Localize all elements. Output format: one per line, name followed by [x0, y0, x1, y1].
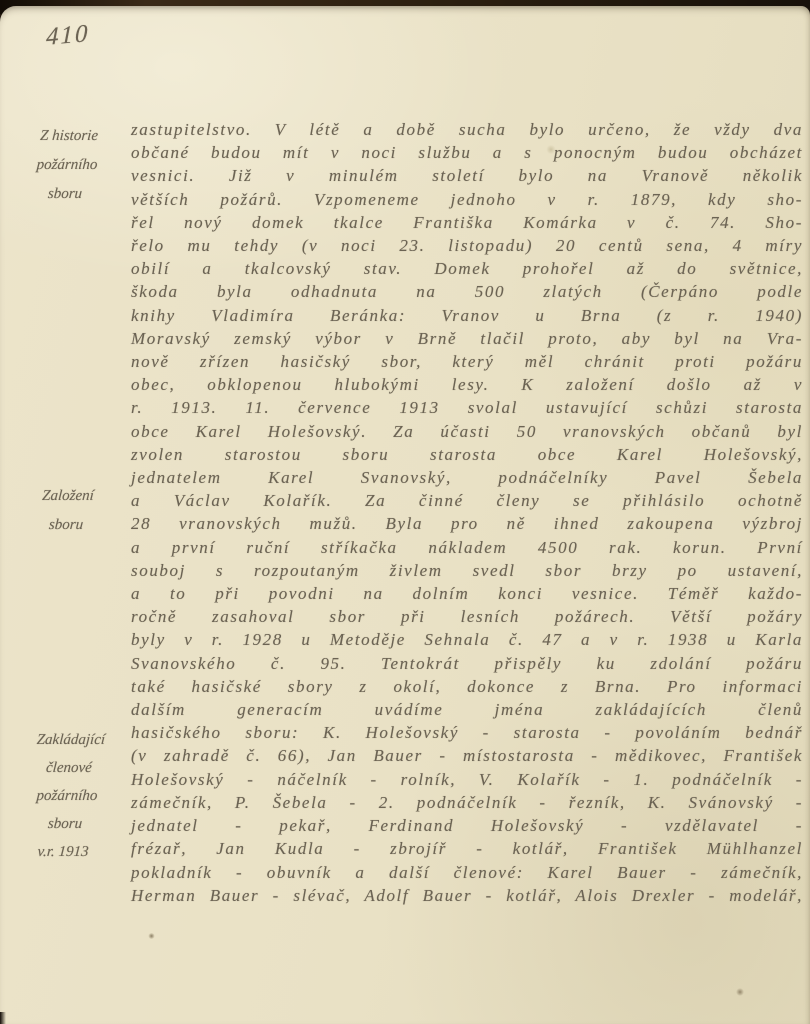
main-text: zastupitelstvo. V létě a době sucha bylo… [131, 118, 803, 907]
paper-stain [0, 1012, 6, 1024]
page-number: 410 [46, 20, 90, 52]
paper-stain [148, 933, 155, 939]
paper-stain [736, 988, 744, 996]
margin-note-founding-members: Zakládající členové požárního sboru v.r.… [1, 726, 133, 866]
manuscript-page: 410 Z historie požárního sboru Založení … [0, 6, 810, 1024]
margin-note-history-of-fire-brigade: Z historie požárního sboru [3, 122, 131, 209]
margin-note-founding-of-brigade: Založení sboru [4, 482, 130, 540]
